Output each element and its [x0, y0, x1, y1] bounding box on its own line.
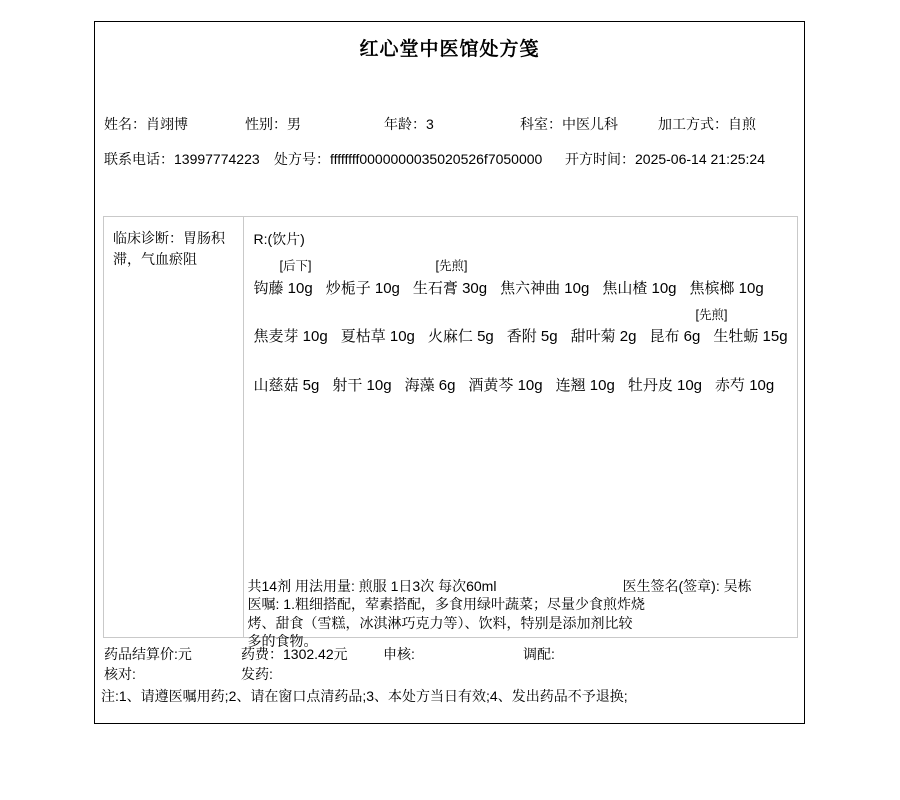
- processing-method-field: 加工方式：自煎: [658, 114, 756, 134]
- herb-item: 山慈菇 5g: [254, 377, 320, 394]
- dispense-prepare-label: 调配:: [523, 644, 555, 664]
- settlement-row-2: 核对: 发药:: [95, 664, 804, 684]
- rx-content: R:(饮片) [后下] [先煎] [先煎] 钩藤 10g炒栀子 10g生石膏 3…: [246, 217, 798, 637]
- check-label: 核对:: [104, 664, 136, 684]
- herb-item: 生石膏 30g: [413, 280, 487, 297]
- doctor-advice: 医嘱: 1.粗细搭配，荤素搭配，多食用绿叶蔬菜；尽量少食煎炸烧 烤、甜食（雪糕，…: [248, 595, 645, 651]
- herb-item: 钩藤 10g: [254, 280, 313, 297]
- clinical-diagnosis: 临床诊断：胃肠积滞，气血瘀阻: [104, 217, 244, 637]
- herb-line-1: 钩藤 10g炒栀子 10g生石膏 30g焦六神曲 10g焦山楂 10g焦槟榔 1…: [254, 277, 764, 298]
- page-title: 红心堂中医馆处方笺: [95, 34, 804, 61]
- prescription-number-value: ffffffff0000000035020526f7050000: [330, 151, 542, 167]
- herb-item: 焦山楂 10g: [602, 280, 676, 297]
- herb-item: 焦麦芽 10g: [254, 328, 328, 345]
- herb-item: 海藻 6g: [405, 377, 456, 394]
- herb-item: 香附 5g: [507, 328, 558, 345]
- decoct-first-annotation-1: [先煎]: [436, 256, 468, 274]
- herb-item: 昆布 6g: [649, 328, 700, 345]
- patient-gender-label: 性别：: [245, 116, 287, 132]
- department-field: 科室：中医儿科: [520, 114, 618, 134]
- patient-gender-value: 男: [287, 116, 301, 132]
- decoct-first-annotation-2: [先煎]: [696, 305, 728, 323]
- herb-item: 焦槟榔 10g: [690, 280, 764, 297]
- herb-item: 炒栀子 10g: [326, 280, 400, 297]
- phone-value: 13997774223: [174, 151, 260, 167]
- patient-age-value: 3: [426, 116, 434, 132]
- prescription-sheet: 红心堂中医馆处方笺 姓名：肖翊博 性别：男 年龄：3 科室：中医儿科 加工方式：…: [94, 21, 805, 724]
- prescription-body-box: 临床诊断：胃肠积滞，气血瘀阻 R:(饮片) [后下] [先煎] [先煎] 钩藤 …: [103, 216, 798, 638]
- phone-field: 联系电话：13997774223: [104, 149, 260, 169]
- doctor-signature-label: 医生签名(签章):: [623, 578, 724, 594]
- herb-line-3: 山慈菇 5g射干 10g海藻 6g酒黄芩 10g连翘 10g牡丹皮 10g赤芍 …: [254, 374, 775, 395]
- herb-item: 射干 10g: [332, 377, 391, 394]
- prescription-time-label: 开方时间：: [565, 151, 635, 167]
- processing-method-label: 加工方式：: [658, 116, 728, 132]
- herb-item: 酒黄芩 10g: [468, 377, 542, 394]
- herb-item: 夏枯草 10g: [341, 328, 415, 345]
- patient-gender-field: 性别：男: [245, 114, 301, 134]
- prescription-number-field: 处方号：ffffffff0000000035020526f7050000: [274, 149, 542, 169]
- patient-info-row-2: 联系电话：13997774223 处方号：ffffffff00000000350…: [95, 149, 804, 169]
- patient-age-field: 年龄：3: [384, 114, 434, 134]
- herb-item: 火麻仁 5g: [428, 328, 494, 345]
- prescription-time-value: 2025-06-14 21:25:24: [635, 151, 765, 167]
- herb-item: 焦六神曲 10g: [500, 280, 589, 297]
- usage-row: 共14剂 用法用量: 煎服 1日3次 每次60ml 医生签名(签章): 吴栋: [248, 576, 793, 596]
- herb-item: 赤芍 10g: [715, 377, 774, 394]
- diagnosis-label: 临床诊断：: [113, 230, 183, 246]
- department-value: 中医儿科: [562, 116, 618, 132]
- doctor-signature-value: 吴栋: [724, 578, 752, 594]
- herb-item: 连翘 10g: [556, 377, 615, 394]
- patient-name-field: 姓名：肖翊博: [104, 114, 188, 134]
- phone-label: 联系电话：: [104, 151, 174, 167]
- herb-line-2: 焦麦芽 10g夏枯草 10g火麻仁 5g香附 5g甜叶菊 2g昆布 6g生牡蛎 …: [254, 325, 788, 346]
- settlement-row-1: 药品结算价:元 药费：1302.42元 申核: 调配:: [95, 644, 804, 664]
- department-label: 科室：: [520, 116, 562, 132]
- patient-name-value: 肖翊博: [146, 116, 188, 132]
- herb-item: 牡丹皮 10g: [628, 377, 702, 394]
- prescription-time-field: 开方时间：2025-06-14 21:25:24: [565, 149, 765, 169]
- patient-name-label: 姓名：: [104, 116, 146, 132]
- doctor-signature-field: 医生签名(签章): 吴栋: [623, 576, 752, 596]
- processing-method-value: 自煎: [728, 116, 756, 132]
- patient-age-label: 年龄：: [384, 116, 426, 132]
- medicine-fee-value: 1302.42元: [283, 646, 348, 662]
- medicine-fee-label: 药费：: [241, 646, 283, 662]
- dosage-usage-text: 共14剂 用法用量: 煎服 1日3次 每次60ml: [248, 578, 497, 594]
- settlement-price-label: 药品结算价:元: [104, 644, 192, 664]
- rx-header: R:(饮片): [254, 229, 305, 249]
- herb-item: 甜叶菊 2g: [571, 328, 637, 345]
- herb-item: 生牡蛎 15g: [713, 328, 787, 345]
- patient-info-row-1: 姓名：肖翊博 性别：男 年龄：3 科室：中医儿科 加工方式：自煎: [95, 114, 804, 134]
- medicine-fee-field: 药费：1302.42元: [241, 644, 348, 664]
- decoct-later-annotation: [后下]: [280, 256, 312, 274]
- doctor-advice-line-2: 烤、甜食（雪糕，冰淇淋巧克力等）、饮料，特别是添加剂比较: [248, 614, 645, 633]
- audit-label: 申核:: [383, 644, 415, 664]
- footer-note: 注:1、请遵医嘱用药;2、请在窗口点清药品;3、本处方当日有效;4、发出药品不予…: [101, 686, 628, 706]
- issue-medicine-label: 发药:: [241, 664, 273, 684]
- doctor-advice-line-1: 医嘱: 1.粗细搭配，荤素搭配，多食用绿叶蔬菜；尽量少食煎炸烧: [248, 595, 645, 614]
- prescription-number-label: 处方号：: [274, 151, 330, 167]
